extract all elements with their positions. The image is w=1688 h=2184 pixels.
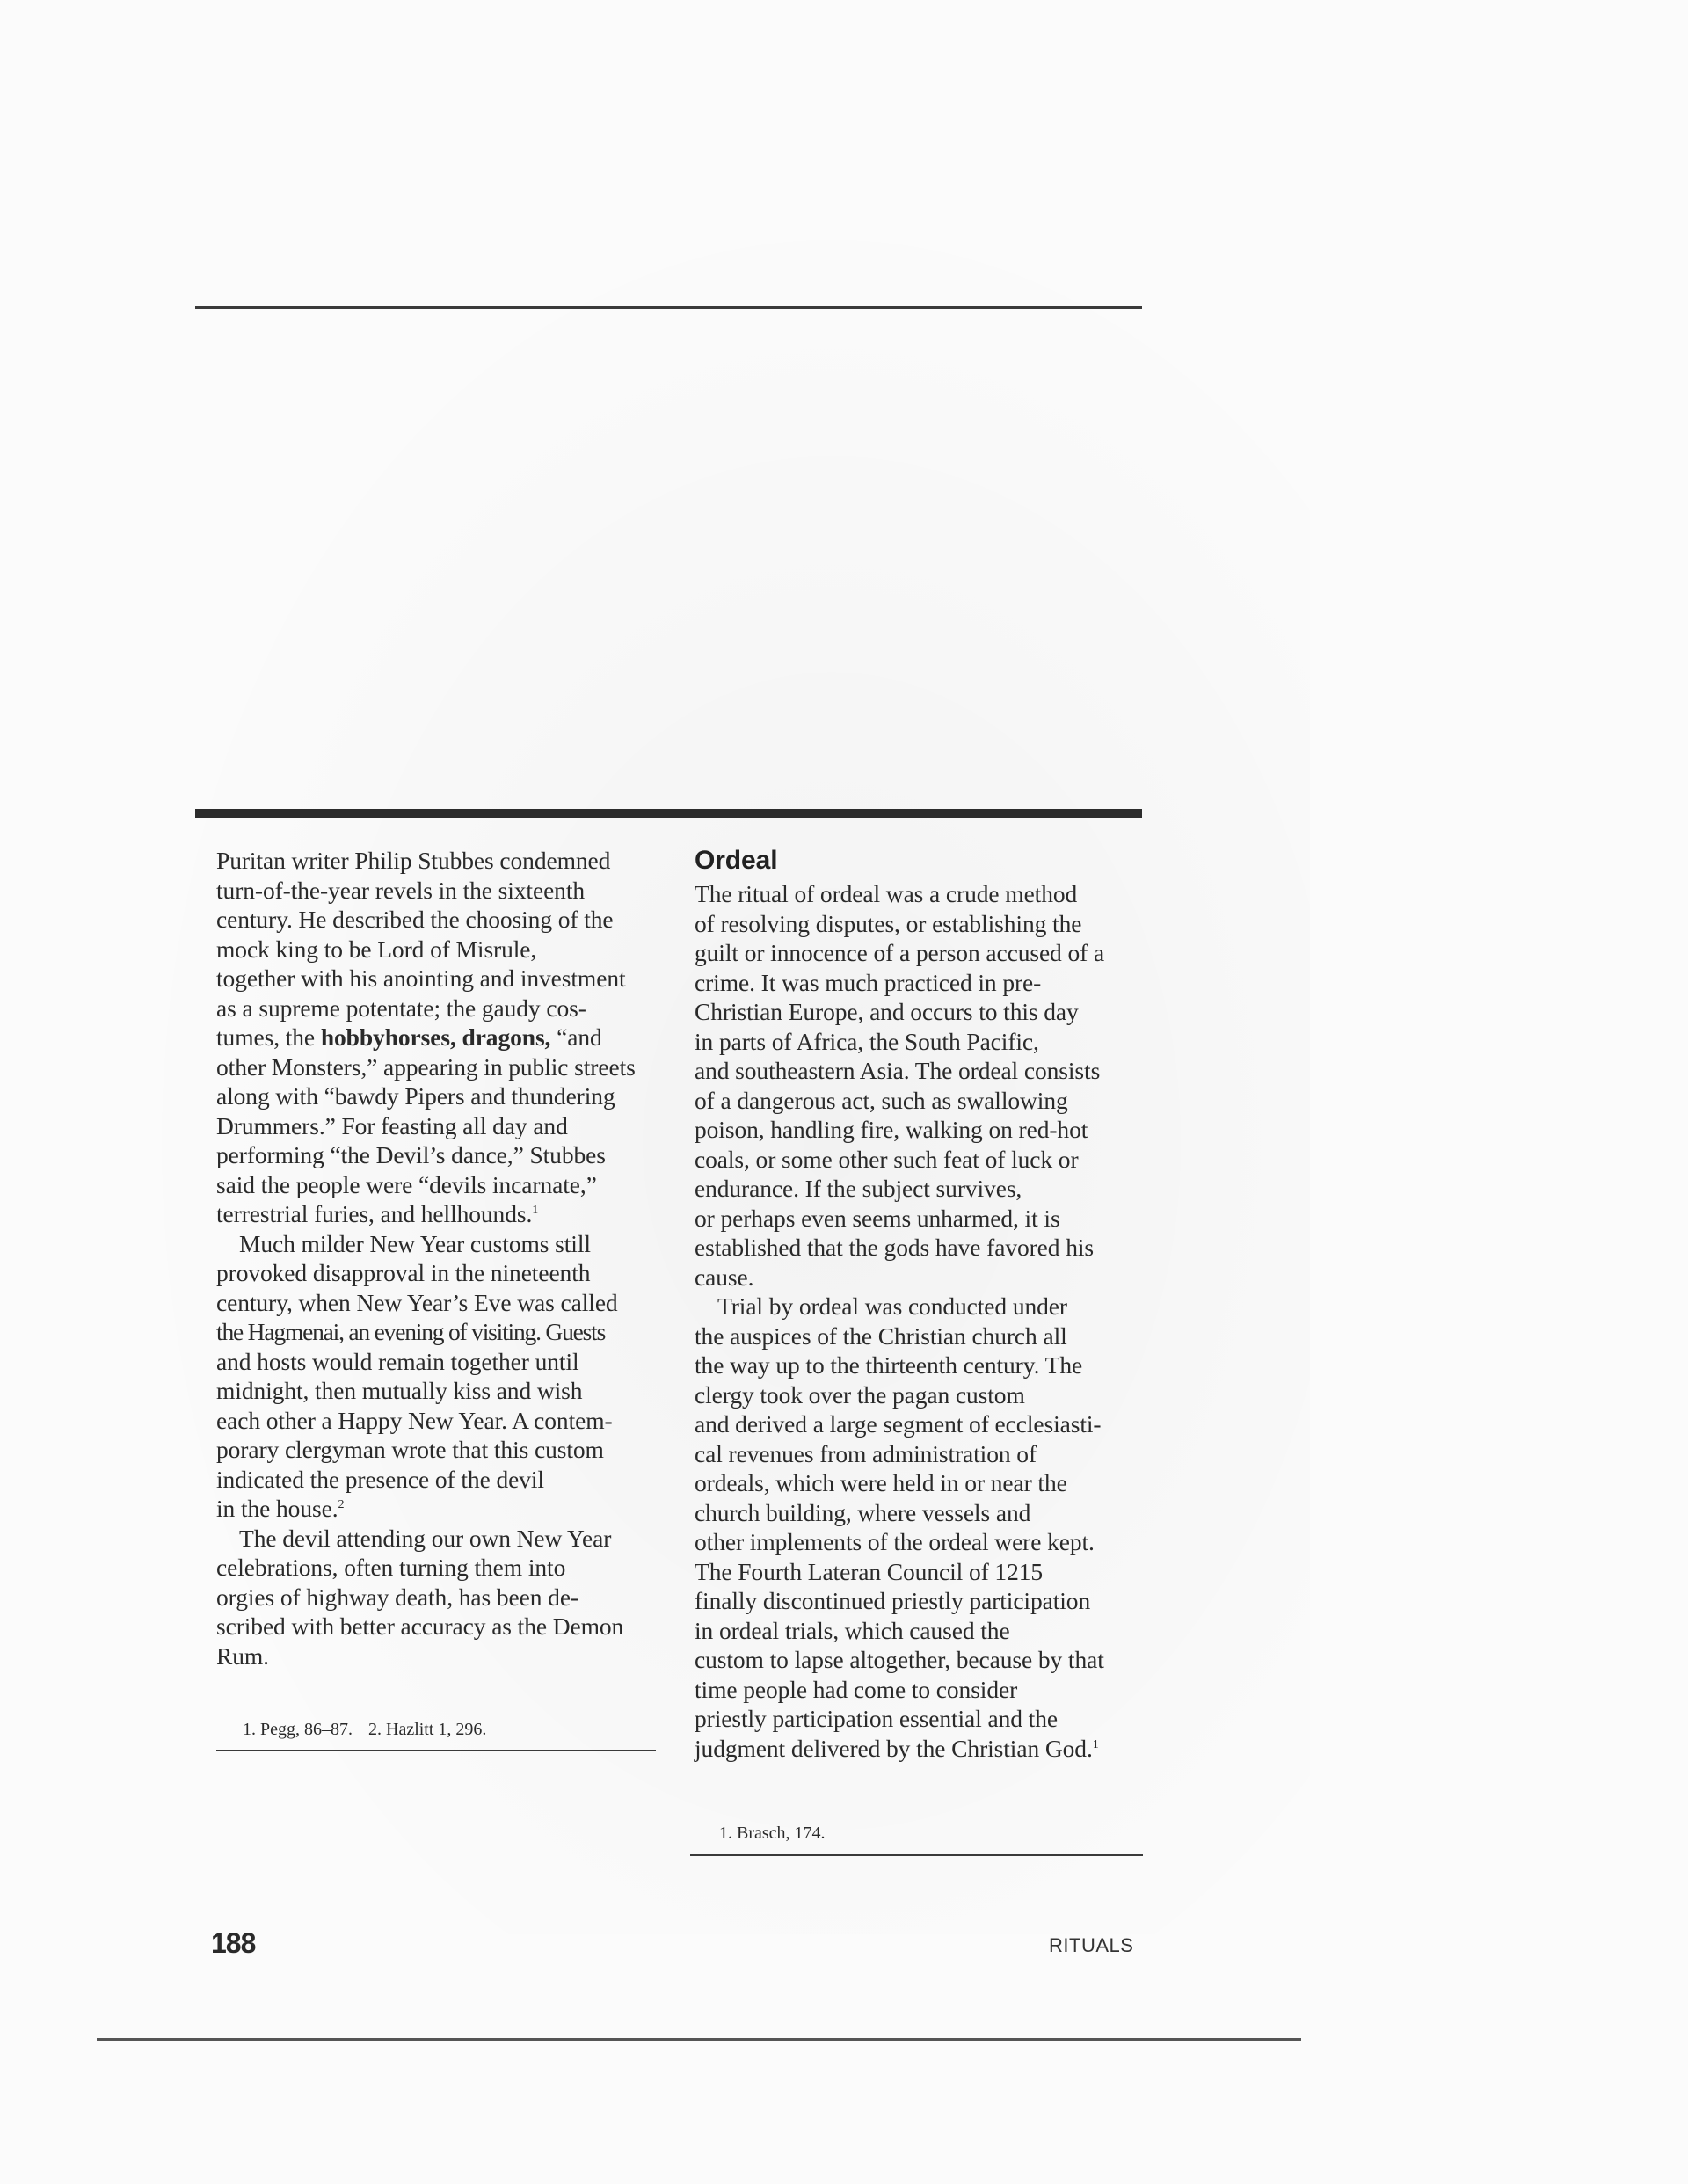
text-line: mock king to be Lord of Misrule,: [216, 935, 673, 965]
footnote: 1. Brasch, 174.: [719, 1824, 826, 1843]
footnote: 1. Pegg, 86–87.: [243, 1720, 353, 1739]
text-line: performing “the Devil’s dance,” Stubbes: [216, 1140, 673, 1170]
text-line: and derived a large segment of ecclesias…: [695, 1409, 1152, 1439]
text-line: each other a Happy New Year. A contem-: [216, 1406, 673, 1436]
text-line: the way up to the thirteenth century. Th…: [695, 1350, 1152, 1380]
text-fragment: tumes, the: [216, 1023, 321, 1051]
text-line: Christian Europe, and occurs to this day: [695, 997, 1152, 1027]
page-number: 188: [211, 1927, 255, 1960]
section-heading: Ordeal: [695, 844, 1152, 877]
text-line: church building, where vessels and: [695, 1498, 1152, 1528]
text-line: porary clergyman wrote that this custom: [216, 1435, 673, 1465]
text-line: The devil attending our own New Year: [216, 1524, 673, 1554]
text-line: century. He described the choosing of th…: [216, 905, 673, 935]
text-line: Puritan writer Philip Stubbes condemned: [216, 846, 673, 876]
text-line: terrestrial furies, and hellhounds.1: [216, 1199, 673, 1229]
text-line: crime. It was much practiced in pre-: [695, 968, 1152, 998]
text-line: Much milder New Year customs still: [216, 1229, 673, 1259]
text-line: orgies of highway death, has been de-: [216, 1583, 673, 1613]
text-line: turn-of-the-year revels in the sixteenth: [216, 876, 673, 906]
left-column: Puritan writer Philip Stubbes condemned …: [216, 846, 673, 1671]
bottom-rule: [97, 2038, 1301, 2041]
footnotes-left: 1. Pegg, 86–87.2. Hazlitt 1, 296.: [243, 1719, 486, 1740]
text-line: finally discontinued priestly participat…: [695, 1586, 1152, 1616]
footnote-marker: 1: [1093, 1737, 1099, 1751]
text-line: time people had come to consider: [695, 1675, 1152, 1705]
text-line: cause.: [695, 1263, 1152, 1292]
text-line: and southeastern Asia. The ordeal consis…: [695, 1056, 1152, 1086]
text-line: midnight, then mutually kiss and wish: [216, 1376, 673, 1406]
footnote-rule-left: [216, 1750, 656, 1751]
text-line: of resolving disputes, or establishing t…: [695, 909, 1152, 939]
text-line: celebrations, often turning them into: [216, 1553, 673, 1583]
text-line: poison, handling fire, walking on red-ho…: [695, 1115, 1152, 1145]
text-line: ordeals, which were held in or near the: [695, 1468, 1152, 1498]
text-line: cal revenues from administration of: [695, 1439, 1152, 1469]
text-line: provoked disapproval in the nineteenth: [216, 1258, 673, 1288]
footnote-marker: 1: [532, 1204, 538, 1217]
text-line: other Monsters,” appearing in public str…: [216, 1052, 673, 1082]
text-line: judgment delivered by the Christian God.…: [695, 1734, 1152, 1764]
section-header-rule: [195, 809, 1142, 818]
text-line: as a supreme potentate; the gaudy cos-: [216, 994, 673, 1023]
top-rule: [195, 306, 1142, 309]
text-line: together with his anointing and investme…: [216, 964, 673, 994]
footnote-rule-right: [690, 1854, 1143, 1856]
text-line: in parts of Africa, the South Pacific,: [695, 1027, 1152, 1057]
footnote: 2. Hazlitt 1, 296.: [368, 1720, 486, 1739]
text-fragment: judgment delivered by the Christian God.: [695, 1735, 1093, 1762]
right-column: Ordeal The ritual of ordeal was a crude …: [695, 844, 1152, 1763]
text-line: Trial by ordeal was conducted under: [695, 1292, 1152, 1321]
text-line: said the people were “devils incarnate,”: [216, 1170, 673, 1200]
text-line: Drummers.” For feasting all day and: [216, 1111, 673, 1141]
text-line: coals, or some other such feat of luck o…: [695, 1145, 1152, 1175]
text-line: established that the gods have favored h…: [695, 1233, 1152, 1263]
text-line: priestly participation essential and the: [695, 1704, 1152, 1734]
running-footer: RITUALS: [1049, 1934, 1133, 1957]
text-line: the auspices of the Christian church all: [695, 1321, 1152, 1351]
footnotes-right: 1. Brasch, 174.: [719, 1823, 826, 1844]
text-line: the Hagmenai, an evening of visiting. Gu…: [216, 1317, 673, 1347]
text-line: century, when New Year’s Eve was called: [216, 1288, 673, 1318]
text-line: in ordeal trials, which caused the: [695, 1616, 1152, 1646]
text-line: The Fourth Lateran Council of 1215: [695, 1557, 1152, 1587]
text-line: in the house.2: [216, 1494, 673, 1524]
text-fragment: terrestrial furies, and hellhounds.: [216, 1200, 532, 1227]
text-line: clergy took over the pagan custom: [695, 1380, 1152, 1410]
text-line: The ritual of ordeal was a crude method: [695, 879, 1152, 909]
text-line: of a dangerous act, such as swallowing: [695, 1086, 1152, 1116]
text-line: custom to lapse altogether, because by t…: [695, 1645, 1152, 1675]
text-line: guilt or innocence of a person accused o…: [695, 938, 1152, 968]
text-line: endurance. If the subject survives,: [695, 1174, 1152, 1204]
footnote-marker: 2: [338, 1498, 344, 1511]
text-line: other implements of the ordeal were kept…: [695, 1527, 1152, 1557]
text-line: Rum.: [216, 1642, 673, 1671]
text-line: tumes, the hobbyhorses, dragons, “and: [216, 1023, 673, 1052]
text-fragment: in the house.: [216, 1495, 338, 1522]
text-line: scribed with better accuracy as the Demo…: [216, 1612, 673, 1642]
text-fragment: “and: [550, 1023, 601, 1051]
text-line: along with “bawdy Pipers and thundering: [216, 1081, 673, 1111]
text-line: and hosts would remain together until: [216, 1347, 673, 1377]
cross-reference-term: hobbyhorses, dragons,: [321, 1023, 551, 1051]
text-line: or perhaps even seems unharmed, it is: [695, 1204, 1152, 1234]
text-line: indicated the presence of the devil: [216, 1465, 673, 1495]
